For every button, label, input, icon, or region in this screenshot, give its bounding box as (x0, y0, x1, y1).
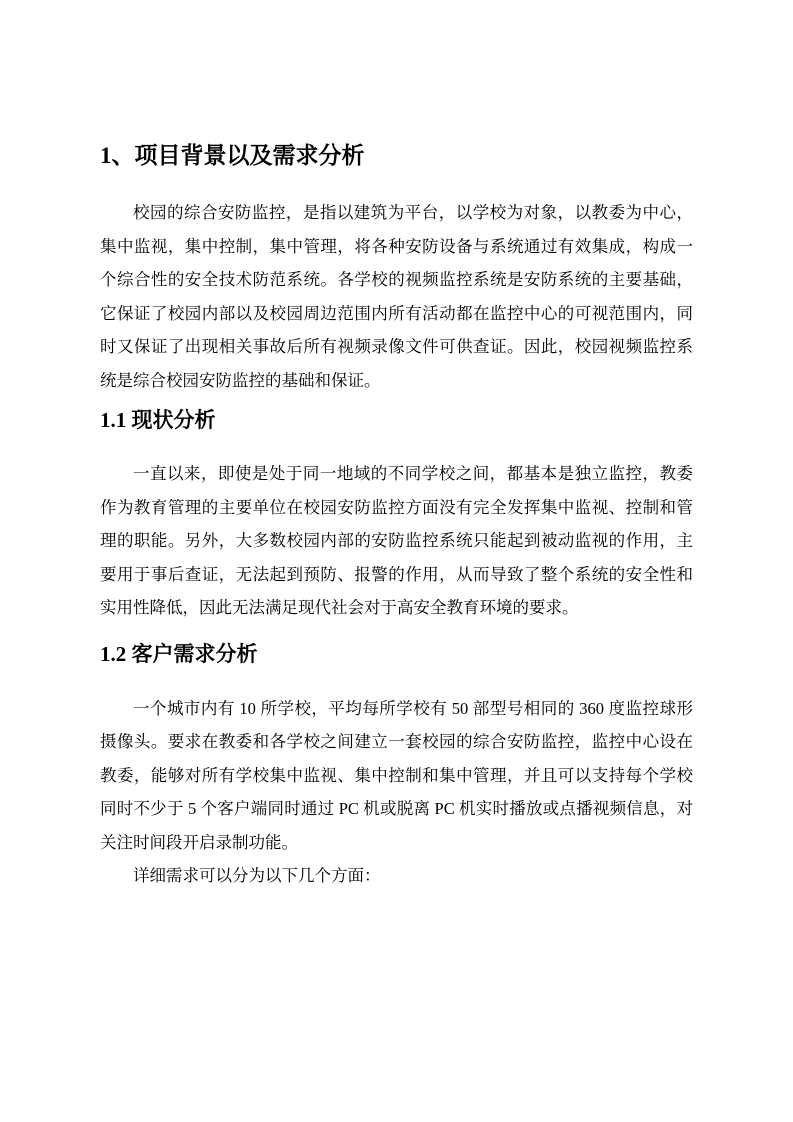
section-heading-project-background: 1、项目背景以及需求分析 (100, 141, 693, 170)
section-heading-current-status-analysis: 1.1 现状分析 (100, 405, 693, 435)
paragraph-current-status: 一直以来，即使是处于同一地域的不同学校之间，都基本是独立监控，教委作为教育管理的… (100, 457, 693, 625)
document-page: 1、项目背景以及需求分析 校园的综合安防监控，是指以建筑为平台，以学校为对象，以… (0, 0, 793, 1122)
paragraph-customer-requirements: 一个城市内有 10 所学校，平均每所学校有 50 部型号相同的 360 度监控球… (100, 692, 693, 860)
section-heading-customer-requirements-analysis: 1.2 客户需求分析 (100, 639, 693, 669)
paragraph-detailed-requirements-lead-in: 详细需求可以分为以下几个方面： (100, 859, 693, 893)
paragraph-overview: 校园的综合安防监控，是指以建筑为平台，以学校为对象，以教委为中心，集中监视，集中… (100, 196, 693, 397)
